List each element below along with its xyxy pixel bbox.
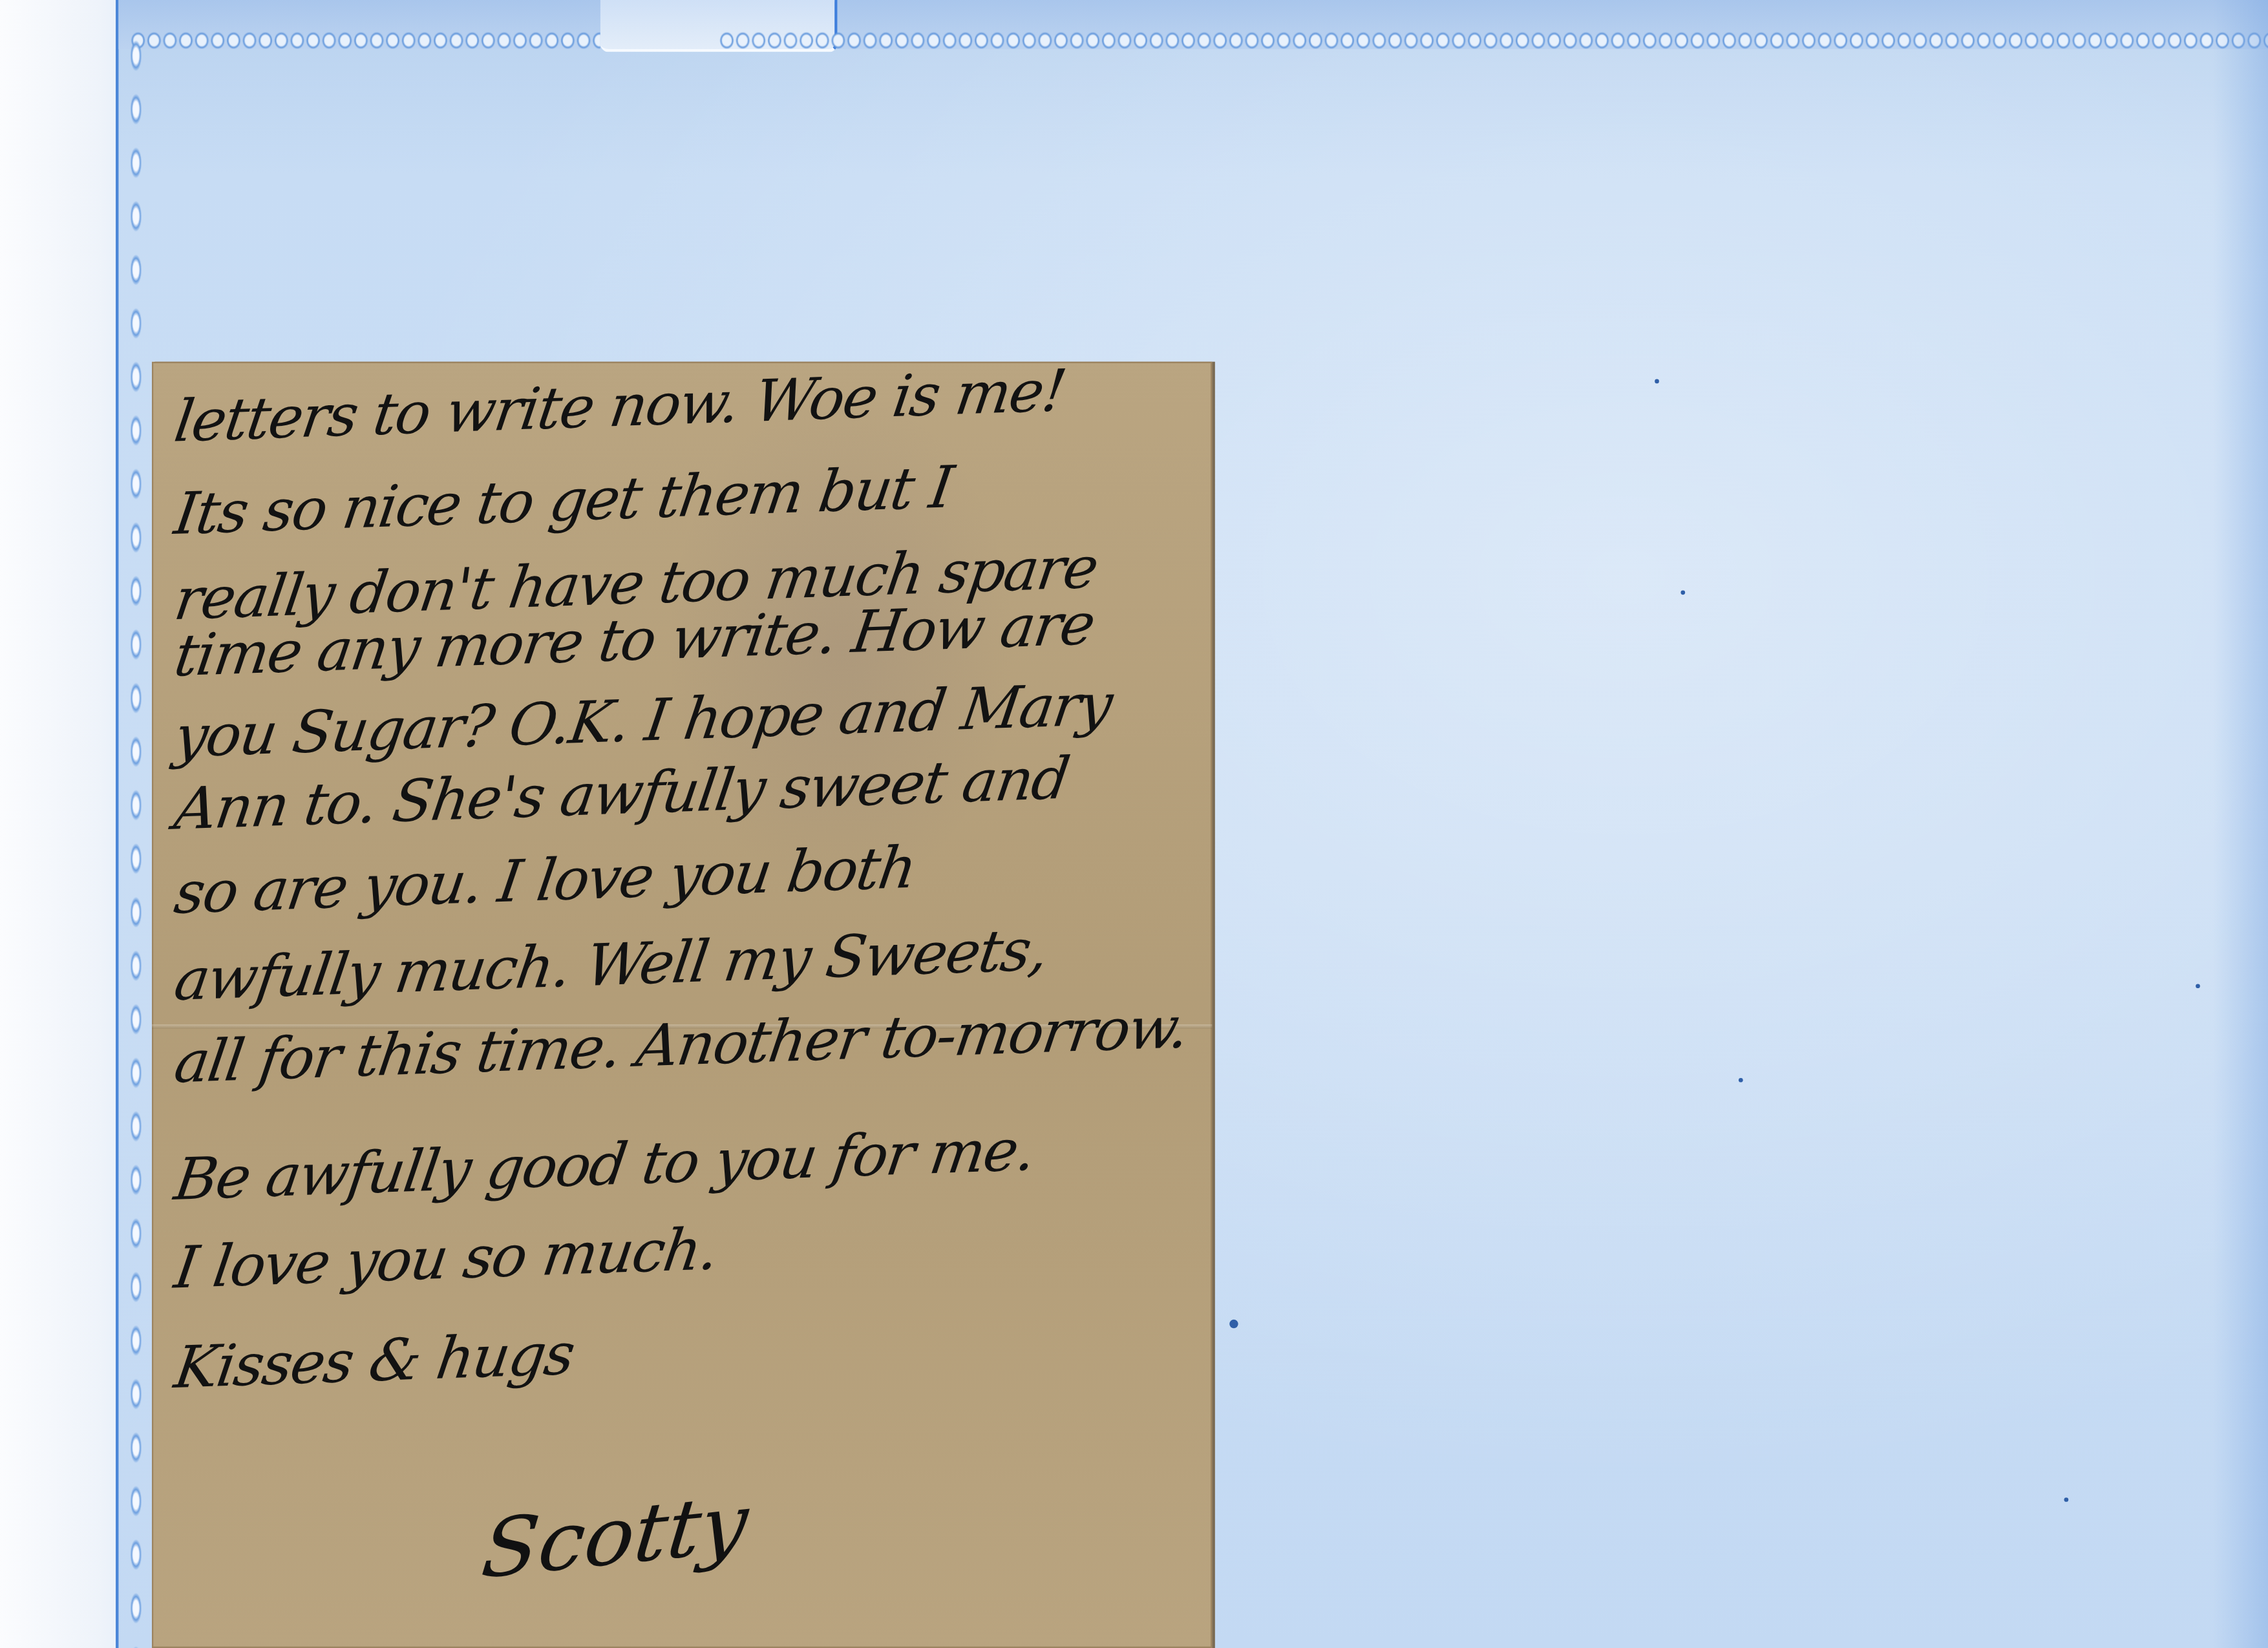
letter-line-8: awfully much. Well my Sweets, — [171, 922, 1050, 1009]
scanned-page: letters to write now. Woe is me! Its so … — [0, 0, 2268, 1648]
letter-line-7: so are you. I love you both — [171, 840, 918, 923]
sleeve-perforation-row-right — [719, 29, 2268, 52]
letter-line-1: letters to write now. Woe is me! — [171, 363, 1068, 451]
letter-paper: letters to write now. Woe is me! Its so … — [152, 362, 1212, 1648]
dust-speck — [2064, 1497, 2068, 1502]
dust-speck — [1739, 1078, 1743, 1083]
dust-speck — [1680, 590, 1685, 595]
letter-line-2: Its so nice to get them but I — [171, 460, 955, 544]
sleeve-perforation-row-left — [130, 29, 600, 52]
letter-line-11: I love you so much. — [171, 1221, 721, 1298]
letter-line-10: Be awfully good to you for me. — [171, 1122, 1037, 1210]
signature: Scotty — [478, 1477, 752, 1598]
dust-speck — [1655, 379, 1659, 384]
letter-closing: Kisses & hugs — [171, 1326, 577, 1398]
dust-speck — [1229, 1320, 1238, 1328]
letter-line-9: all for this time. Another to-morrow. — [171, 999, 1191, 1092]
sleeve-perforation-column — [127, 29, 145, 1648]
dust-speck — [2196, 984, 2200, 988]
